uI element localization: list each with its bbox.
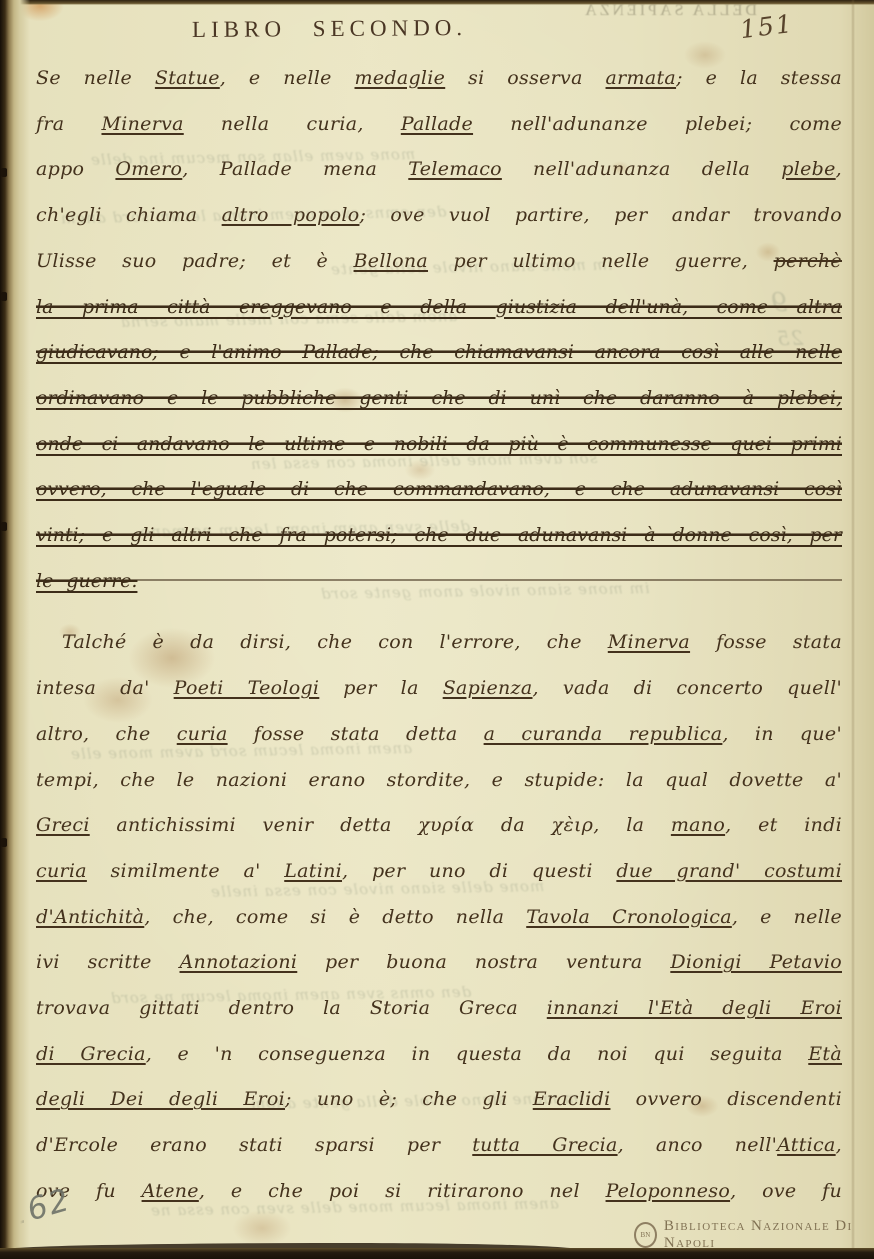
- manuscript-line: giudicavano; e l'animo Pallade; che chia…: [36, 330, 842, 376]
- underlined-word: armata: [606, 67, 677, 89]
- underlined-word: Tavola Cronologica: [526, 906, 732, 928]
- binding-stitch: [1, 522, 7, 531]
- underlined-word: Età: [808, 1043, 842, 1065]
- underlined-word: Telemaco: [408, 158, 502, 180]
- chapter-title: LIBRO SECONDO.: [192, 15, 467, 43]
- underlined-word: altro popolo: [222, 204, 360, 226]
- manuscript-line: Greci antichissimi venir detta χυρία da …: [36, 803, 842, 849]
- manuscript-paragraph: Se nelle Statue, e nelle medaglie si oss…: [36, 56, 842, 604]
- underlined-word: tutta Grecia: [472, 1134, 617, 1156]
- underlined-word: Peloponneso: [606, 1180, 731, 1202]
- manuscript-line: degli Dei degli Eroi; uno è; che gli Era…: [36, 1077, 842, 1123]
- manuscript-line: ove fu Atene, e che poi si ritirarono ne…: [36, 1169, 842, 1215]
- underlined-word: degli Dei degli Eroi: [36, 1088, 285, 1110]
- manuscript-line: onde ci andavano le ultime e nobili da p…: [36, 422, 842, 468]
- underlined-word: Omero: [115, 158, 182, 180]
- manuscript-line: le guerre.: [36, 559, 842, 605]
- underlined-word: Minerva: [608, 631, 690, 653]
- manuscript-line: altro, che curia fosse stata detta a cur…: [36, 712, 842, 758]
- manuscript-line: ch'egli chiama altro popolo; ove vuol pa…: [36, 193, 842, 239]
- binding-stitch: [1, 168, 7, 177]
- underlined-word: Pallade: [401, 113, 473, 135]
- manuscript-line: intesa da' Poeti Teologi per la Sapienza…: [36, 666, 842, 712]
- binding-stitch: [1, 292, 7, 301]
- manuscript-line: ordinavano e le pubbliche genti che di u…: [36, 376, 842, 422]
- underlined-word: Sapienza: [443, 677, 533, 699]
- underlined-word: Minerva: [101, 113, 183, 135]
- manuscript-page: mone avem ellan son mecum ina delleden o…: [0, 0, 874, 1259]
- underlined-word: di Grecia: [36, 1043, 146, 1065]
- struck-word: perchè: [774, 250, 842, 272]
- underlined-word: curia: [36, 860, 87, 882]
- underlined-word: curia: [177, 723, 228, 745]
- underlined-word: due grand' costumi: [616, 860, 842, 882]
- manuscript-line: tempi, che le nazioni erano stordite, e …: [36, 758, 842, 804]
- manuscript-line: fra Minerva nella curia, Pallade nell'ad…: [36, 102, 842, 148]
- binding-gutter: [0, 0, 30, 1259]
- manuscript-line: la prima città ereggevano e della giusti…: [36, 285, 842, 331]
- manuscript-line: vinti; e gli altri che fra potersi; che …: [36, 513, 842, 559]
- manuscript-paragraph: Talché è da dirsi, che con l'errore, che…: [36, 620, 842, 1214]
- manuscript-line: ivi scritte Annotazioni per buona nostra…: [36, 940, 842, 986]
- manuscript-line: curia similmente a' Latini, per uno di q…: [36, 849, 842, 895]
- manuscript-line: Ulisse suo padre; et è Bellona per ultim…: [36, 239, 842, 285]
- underlined-word: Statue: [155, 67, 220, 89]
- underlined-word: Poeti Teologi: [174, 677, 320, 699]
- manuscript-line: d'Ercole erano stati sparsi per tutta Gr…: [36, 1123, 842, 1169]
- manuscript-line: Se nelle Statue, e nelle medaglie si oss…: [36, 56, 842, 102]
- manuscript-line: di Grecia, e 'n conseguenza in questa da…: [36, 1032, 842, 1078]
- binding-stitch: [1, 838, 7, 847]
- underlined-word: Attica: [777, 1134, 836, 1156]
- library-watermark-label: Biblioteca Nazionale Di Napoli: [664, 1218, 874, 1252]
- underlined-word: a curanda republica: [484, 723, 723, 745]
- underlined-word: Bellona: [354, 250, 428, 272]
- manuscript-line: ovvero, che l'eguale di che commandavano…: [36, 467, 842, 513]
- manuscript-line: appo Omero, Pallade mena Telemaco nell'a…: [36, 147, 842, 193]
- page-top-edge: [0, 0, 874, 5]
- underlined-word: innanzi l'Età degli Eroi: [547, 997, 842, 1019]
- manuscript-line: Talché è da dirsi, che con l'errore, che…: [36, 620, 842, 666]
- underlined-word: medaglie: [355, 67, 446, 89]
- underlined-word: Greci: [36, 814, 90, 836]
- underlined-word: Atene: [142, 1180, 199, 1202]
- library-watermark: BN Biblioteca Nazionale Di Napoli: [634, 1218, 874, 1252]
- folio-number: 151: [738, 9, 795, 44]
- library-logo-icon: BN: [634, 1222, 657, 1248]
- underlined-word: Latini: [284, 860, 342, 882]
- manuscript-line: trovava gittati dentro la Storia Greca i…: [36, 986, 842, 1032]
- manuscript-line: d'Antichità, che, come si è detto nella …: [36, 895, 842, 941]
- underlined-word: Eraclidi: [533, 1088, 611, 1110]
- page-crease: [851, 0, 855, 1259]
- underlined-word: Dionigi Petavio: [670, 951, 842, 973]
- underlined-word: d'Antichità: [36, 906, 144, 928]
- page-bottom-edge: [0, 1248, 874, 1259]
- underlined-word: plebe: [781, 158, 835, 180]
- manuscript-body: Se nelle Statue, e nelle medaglie si oss…: [36, 56, 842, 1215]
- underlined-word: Annotazioni: [180, 951, 298, 973]
- underlined-word: mano: [671, 814, 725, 836]
